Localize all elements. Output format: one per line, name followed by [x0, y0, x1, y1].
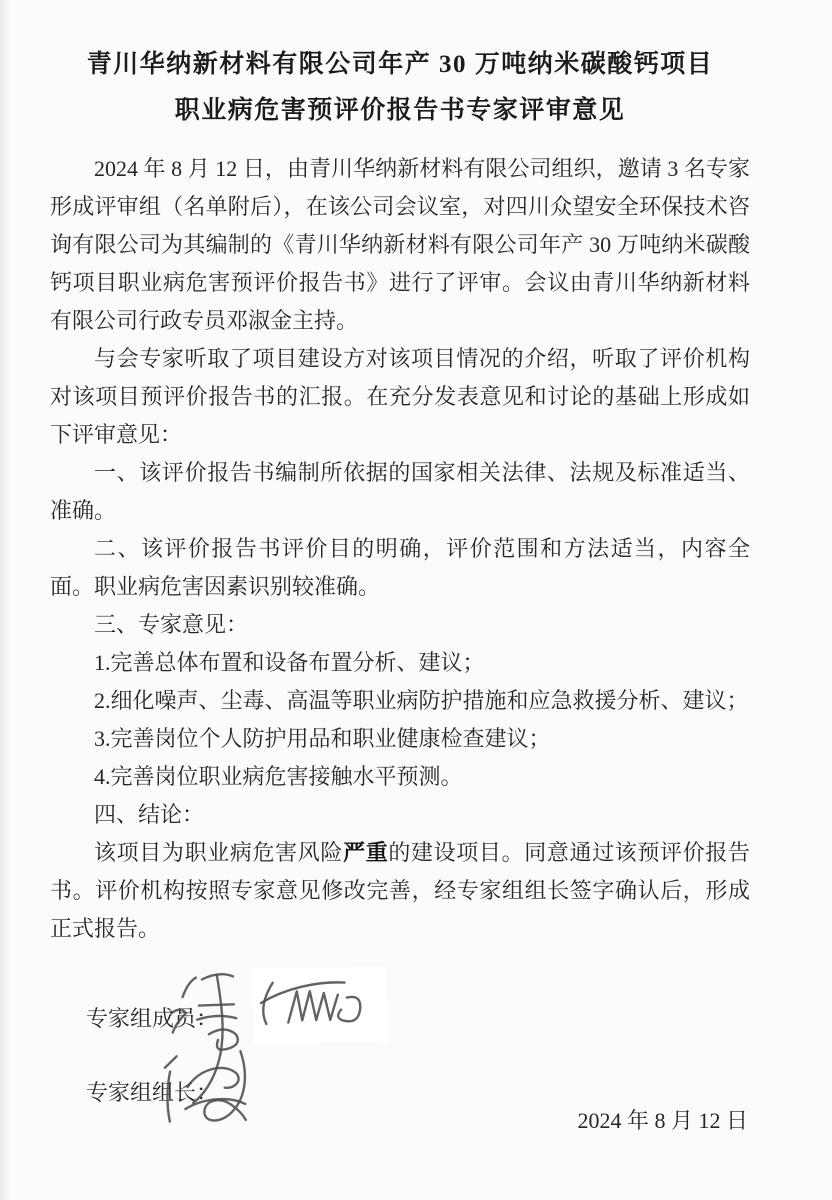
expert-suggestion-2: 2.细化噪声、尘毒、高温等职业病防护措施和应急救援分析、建议； — [50, 682, 750, 720]
handwritten-signature-icon — [254, 969, 385, 1037]
expert-suggestion-4: 4.完善岗位职业病危害接触水平预测。 — [50, 758, 750, 796]
expert-suggestion-3: 3.完善岗位个人防护用品和职业健康检查建议； — [50, 720, 750, 758]
document-body: 2024 年 8 月 12 日，由青川华纳新材料有限公司组织，邀请 3 名专家形… — [50, 150, 750, 948]
paragraph-conclusion-heading: 四、结论： — [50, 796, 750, 834]
scan-edge-shadow — [0, 0, 10, 1200]
paragraph-opinion-3-heading: 三、专家意见： — [50, 606, 750, 644]
document-title: 青川华纳新材料有限公司年产 30 万吨纳米碳酸钙项目 职业病危害预评价报告书专家… — [50, 42, 750, 134]
handwritten-signature-icon — [156, 1040, 275, 1149]
title-line-1: 青川华纳新材料有限公司年产 30 万吨纳米碳酸钙项目 — [50, 42, 750, 88]
paragraph-opinion-2: 二、该评价报告书评价目的明确，评价范围和方法适当，内容全面。职业病危害因素识别较… — [50, 530, 750, 606]
paragraph-process: 与会专家听取了项目建设方对该项目情况的介绍，听取了评价机构对该项目预评价报告书的… — [50, 340, 750, 454]
leader-signature — [156, 1040, 275, 1154]
document-page: 青川华纳新材料有限公司年产 30 万吨纳米碳酸钙项目 职业病危害预评价报告书专家… — [0, 0, 832, 1200]
signature-section: 专家组成员： 专家组组长： — [50, 958, 750, 1158]
conclusion-emphasis: 严重 — [343, 840, 388, 865]
paragraph-intro: 2024 年 8 月 12 日，由青川华纳新材料有限公司组织，邀请 3 名专家形… — [50, 150, 750, 340]
member-signature-2 — [252, 967, 387, 1044]
conclusion-pre: 该项目为职业病危害风险 — [94, 840, 343, 865]
paragraph-opinion-1: 一、该评价报告书编制所依据的国家相关法律、法规及标准适当、准确。 — [50, 454, 750, 530]
paragraph-conclusion: 该项目为职业病危害风险严重的建设项目。同意通过该预评价报告书。评价机构按照专家意… — [50, 834, 750, 948]
document-date: 2024 年 8 月 12 日 — [577, 1104, 748, 1135]
title-line-2: 职业病危害预评价报告书专家评审意见 — [50, 88, 750, 134]
expert-suggestion-1: 1.完善总体布置和设备布置分析、建议； — [50, 644, 750, 682]
